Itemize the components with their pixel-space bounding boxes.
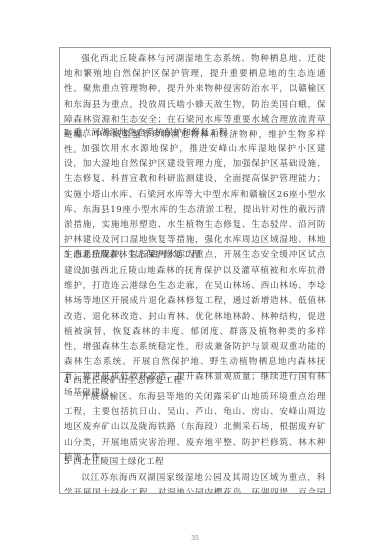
project-table: 强化西北丘陵森林与河湖湿地生态系统、物种栖息地、迁徙地和繁殖地自然保护区保护管理…: [59, 47, 331, 494]
section-row-5: 5 西北丘陵国土绿化工程 以江苏东海西双湖国家级湿地公园及其周边区域为重点，科学…: [60, 453, 330, 493]
page-number: 35: [0, 535, 390, 542]
section-5-paragraph: 以江苏东海西双湖国家级湿地公园及其周边区域为重点，科学开展国土绿化工程，对湿地公…: [60, 469, 330, 493]
document-page: 强化西北丘陵森林与河湖湿地生态系统、物种栖息地、迁徙地和繁殖地自然保护区保护管理…: [0, 0, 390, 551]
section-row-3: 3 西北丘陵森林生态保护修复工程 加强西北丘陵山地森林的抚育保护以及灌草植被和水…: [60, 246, 330, 372]
section-row-1: 强化西北丘陵森林与河湖湿地生态系统、物种栖息地、迁徙地和繁殖地自然保护区保护管理…: [60, 48, 330, 124]
section-row-2: 2 重点河湖湿地生态系统保护和修复工程 加强饮用水水源地保护，推进安峰山水库湿地…: [60, 124, 330, 246]
section-5-title: 5 西北丘陵国土绿化工程: [60, 454, 330, 469]
